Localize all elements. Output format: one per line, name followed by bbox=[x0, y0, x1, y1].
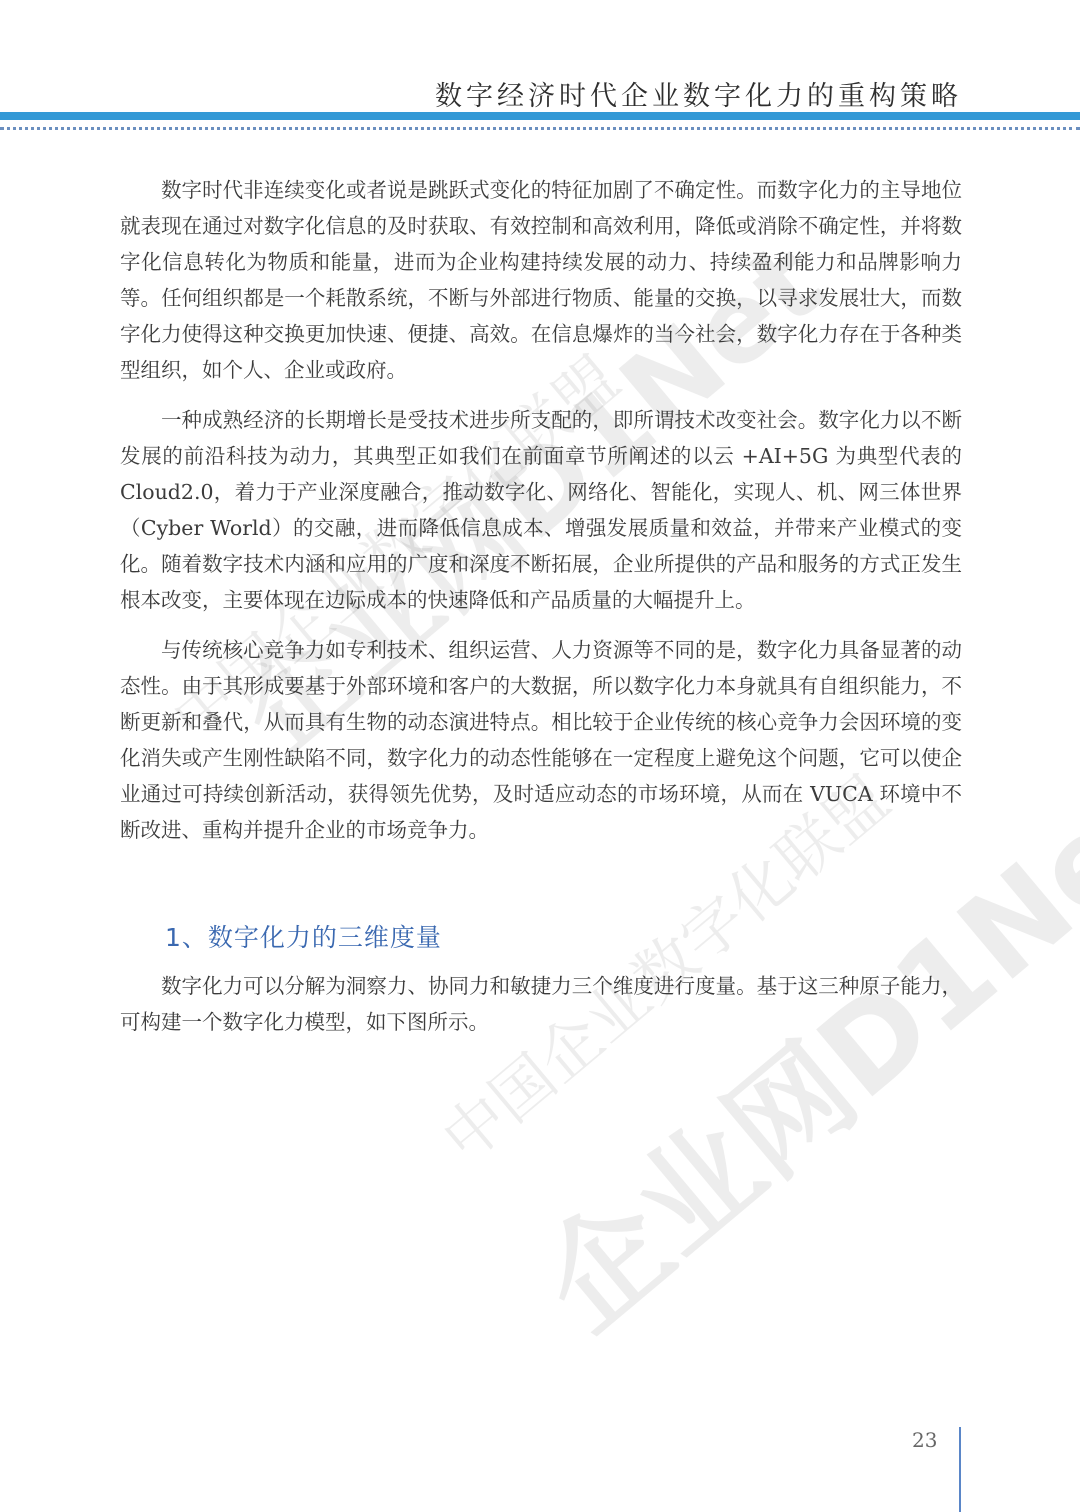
paragraph: 与传统核心竞争力如专利技术、组织运营、人力资源等不同的是，数字化力具备显著的动态… bbox=[120, 632, 962, 848]
running-header-title: 数字经济时代企业数字化力的重构策略 bbox=[435, 74, 962, 113]
header-dotted-rule bbox=[0, 127, 1080, 130]
page-number: 23 bbox=[912, 1428, 937, 1452]
page-number-rule bbox=[959, 1427, 961, 1512]
paragraph: 数字化力可以分解为洞察力、协同力和敏捷力三个维度进行度量。基于这三种原子能力，可… bbox=[120, 968, 962, 1040]
section-heading: 1、数字化力的三维度量 bbox=[165, 918, 442, 954]
body-text: 数字时代非连续变化或者说是跳跃式变化的特征加剧了不确定性。而数字化力的主导地位就… bbox=[120, 172, 962, 862]
paragraph: 数字时代非连续变化或者说是跳跃式变化的特征加剧了不确定性。而数字化力的主导地位就… bbox=[120, 172, 962, 388]
section-body: 数字化力可以分解为洞察力、协同力和敏捷力三个维度进行度量。基于这三种原子能力，可… bbox=[120, 968, 962, 1040]
paragraph: 一种成熟经济的长期增长是受技术进步所支配的，即所谓技术改变社会。数字化力以不断发… bbox=[120, 402, 962, 618]
header-accent-bar bbox=[0, 112, 1080, 120]
